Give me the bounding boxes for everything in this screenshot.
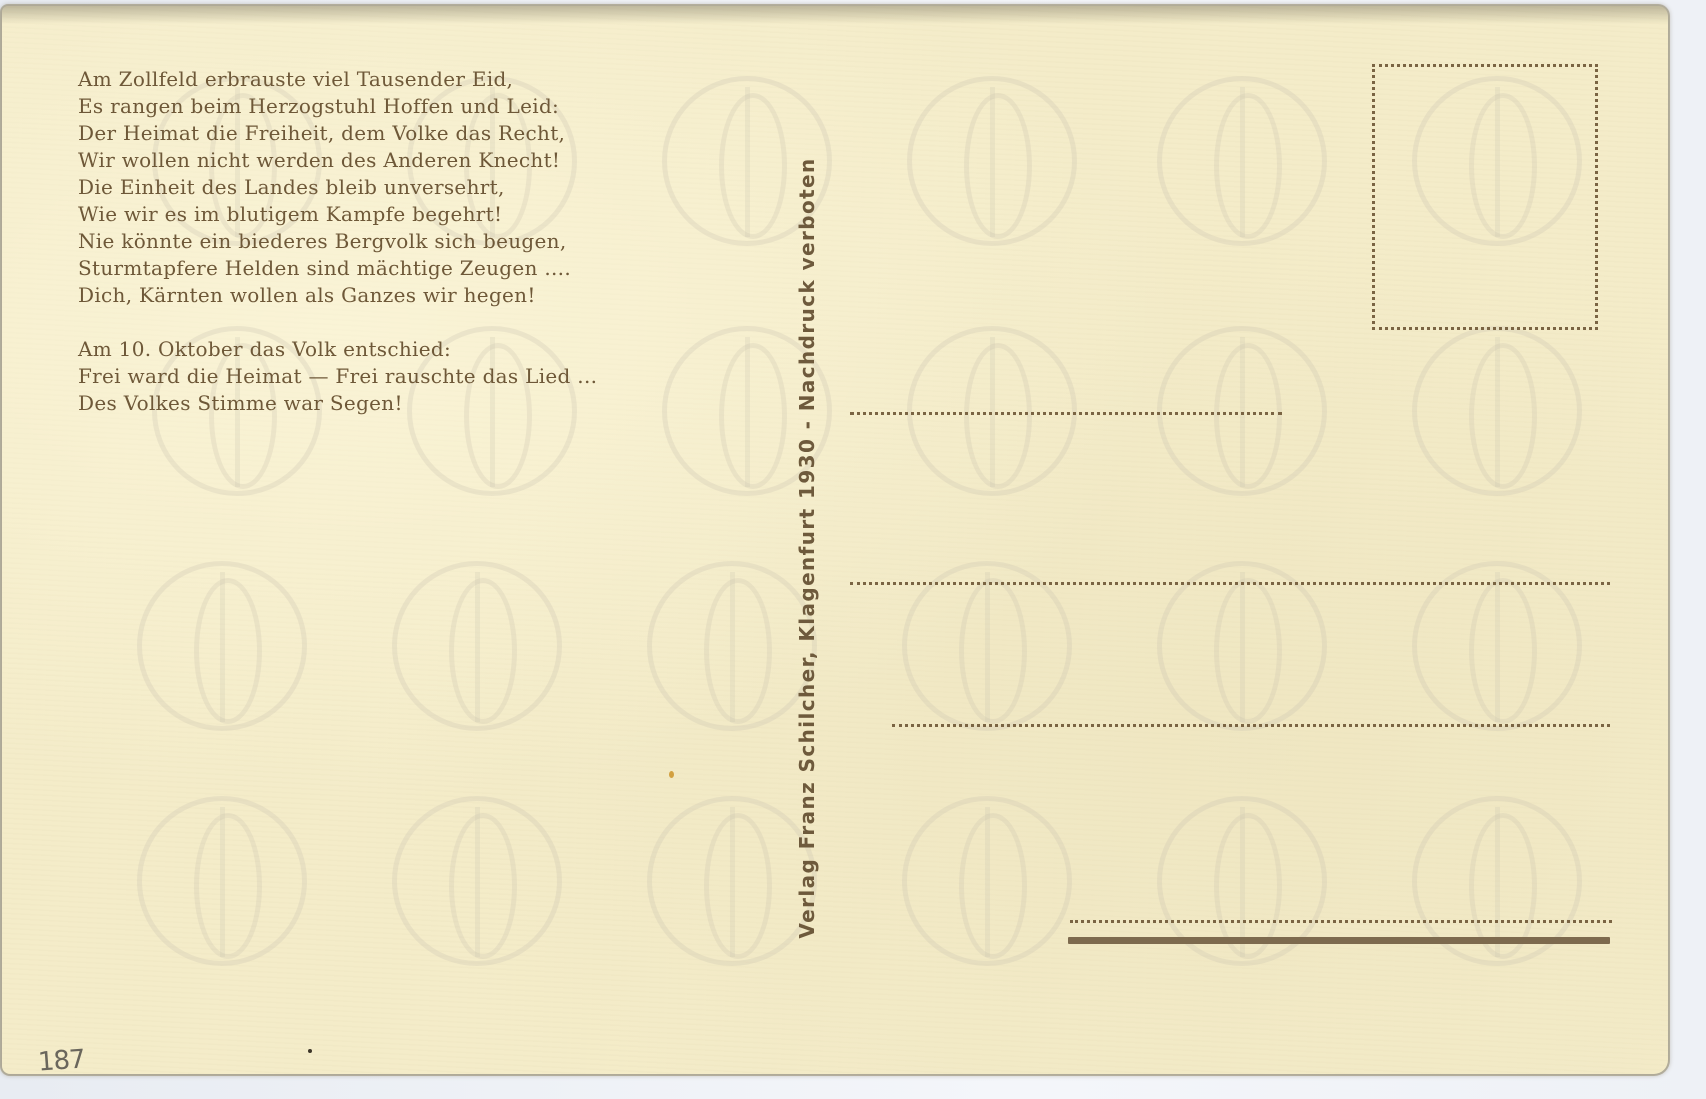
- poem-line: Die Einheit des Landes bleib unversehrt,: [78, 174, 778, 201]
- watermark-monogram-icon: [907, 326, 1077, 496]
- stamp-placement-box: [1372, 64, 1598, 330]
- poem-line: Wie wir es im blutigem Kampfe begehrt!: [78, 201, 778, 228]
- address-line-4: [1070, 920, 1612, 923]
- card-deckled-edge-shadow: [2, 6, 1668, 24]
- stanza-gap: [78, 309, 778, 336]
- watermark-monogram-icon: [1157, 76, 1327, 246]
- watermark-monogram-icon: [907, 76, 1077, 246]
- watermark-monogram-icon: [647, 796, 817, 966]
- poem-line: Frei ward die Heimat — Frei rauschte das…: [78, 363, 778, 390]
- stain-speck: [669, 771, 674, 778]
- poem-line: Dich, Kärnten wollen als Ganzes wir hege…: [78, 282, 778, 309]
- archive-number: 187: [37, 1044, 86, 1074]
- watermark-monogram-icon: [647, 561, 817, 731]
- address-line-2: [850, 582, 1610, 585]
- postcard-back: Am Zollfeld erbrauste viel Tausender Eid…: [2, 6, 1668, 1074]
- watermark-monogram-icon: [392, 796, 562, 966]
- watermark-monogram-icon: [1157, 326, 1327, 496]
- publisher-imprint: Verlag Franz Schilcher, Klagenfurt 1930 …: [795, 157, 819, 938]
- watermark-monogram-icon: [1412, 326, 1582, 496]
- watermark-monogram-icon: [1157, 561, 1327, 731]
- poem-line: Es rangen beim Herzogstuhl Hoffen und Le…: [78, 93, 778, 120]
- poem-text: Am Zollfeld erbrauste viel Tausender Eid…: [78, 66, 778, 417]
- watermark-monogram-icon: [137, 796, 307, 966]
- poem-line: Nie könnte ein biederes Bergvolk sich be…: [78, 228, 778, 255]
- watermark-monogram-icon: [902, 561, 1072, 731]
- watermark-monogram-icon: [1412, 561, 1582, 731]
- poem-line: Sturmtapfere Helden sind mächtige Zeugen…: [78, 255, 778, 282]
- poem-line: Des Volkes Stimme war Segen!: [78, 390, 778, 417]
- address-underline: [1068, 937, 1610, 944]
- poem-line: Am Zollfeld erbrauste viel Tausender Eid…: [78, 66, 778, 93]
- address-line-3: [892, 724, 1610, 727]
- watermark-monogram-icon: [902, 796, 1072, 966]
- watermark-monogram-icon: [137, 561, 307, 731]
- poem-line: Der Heimat die Freiheit, dem Volke das R…: [78, 120, 778, 147]
- poem-line: Wir wollen nicht werden des Anderen Knec…: [78, 147, 778, 174]
- address-line-1: [850, 412, 1282, 415]
- ink-speck: [308, 1049, 312, 1053]
- poem-line: Am 10. Oktober das Volk entschied:: [78, 336, 778, 363]
- watermark-monogram-icon: [392, 561, 562, 731]
